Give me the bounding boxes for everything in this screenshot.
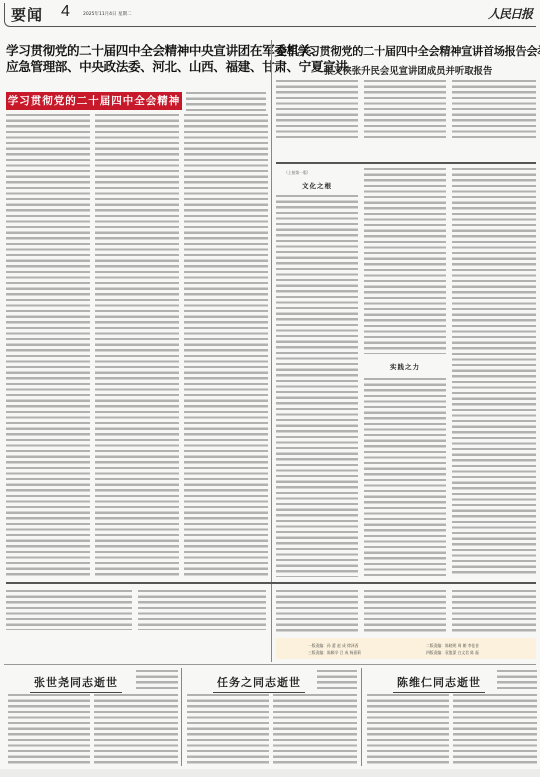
text-block bbox=[95, 114, 179, 576]
text-block bbox=[184, 114, 268, 576]
newspaper-page: 要闻 4 2025年11月4日 星期二 人民日报 学习贯彻党的二十届四中全会精神… bbox=[0, 0, 540, 777]
editors-row-1-left: 一版责编：孙 蕾 赵 成 徐泽西 bbox=[308, 643, 358, 649]
feature-column-2-top bbox=[364, 168, 446, 354]
text-block bbox=[317, 670, 357, 692]
page-bottom-margin bbox=[0, 769, 540, 777]
obituary-text bbox=[187, 694, 269, 766]
text-block bbox=[276, 195, 358, 577]
obituary-zhang-shiyao: 张世尧同志逝世 bbox=[4, 666, 180, 769]
obituary-title: 任务之同志逝世 bbox=[213, 674, 305, 693]
obituary-text bbox=[273, 694, 357, 766]
page-masthead: 要闻 4 2025年11月4日 星期二 人民日报 bbox=[4, 3, 536, 27]
text-block bbox=[452, 168, 536, 577]
right-article-column-1 bbox=[276, 80, 358, 140]
editors-row-2-left: 三版责编：陈颖辛 吕 成 杨嘉莉 bbox=[308, 650, 361, 656]
left-article-column-2 bbox=[95, 114, 179, 576]
section-divider bbox=[276, 162, 536, 164]
column-banner: 学习贯彻党的二十届四中全会精神 bbox=[6, 92, 182, 110]
section-divider bbox=[6, 582, 536, 584]
bottom-strip-column-2 bbox=[138, 590, 266, 630]
section-title: 要闻 bbox=[11, 4, 43, 25]
text-block bbox=[6, 590, 132, 630]
text-block bbox=[273, 694, 357, 766]
obituary-text bbox=[317, 670, 357, 692]
left-article-column-1 bbox=[6, 114, 90, 576]
text-block bbox=[6, 114, 90, 576]
right-article-headline: 全军学习贯彻党的二十届四中全会精神宣讲首场报告会举行 bbox=[276, 44, 536, 60]
issue-date: 2025年11月4日 星期二 bbox=[83, 11, 131, 17]
text-block bbox=[364, 80, 446, 140]
bottom-strip-column-5 bbox=[452, 590, 536, 632]
text-block bbox=[276, 80, 358, 140]
editors-box: 一版责编：孙 蕾 赵 成 徐泽西 二版责编：陈晓明 周 朝 李佳音 三版责编：陈… bbox=[276, 638, 536, 659]
right-article-column-3 bbox=[452, 80, 536, 140]
subhead-culture-root: 文化之根 bbox=[276, 181, 358, 190]
editors-row-1-right: 二版责编：陈晓明 周 朝 李佳音 bbox=[426, 643, 479, 649]
bottom-strip-column-1 bbox=[6, 590, 132, 630]
column-divider bbox=[271, 590, 272, 662]
feature-column-2-bottom bbox=[364, 378, 446, 577]
continued-note: （上接第一版） bbox=[284, 170, 311, 176]
headline-line-1: 学习贯彻党的二十届四中全会精神中央宣讲团在军委机关、 bbox=[6, 43, 268, 59]
text-block bbox=[186, 92, 266, 112]
text-block bbox=[364, 378, 446, 577]
obituary-text bbox=[453, 694, 537, 766]
obituary-ren-wuzhi: 任务之同志逝世 bbox=[183, 666, 359, 769]
text-block bbox=[497, 670, 537, 692]
text-block bbox=[138, 590, 266, 630]
column-divider bbox=[271, 40, 272, 612]
feature-column-3 bbox=[452, 168, 536, 577]
text-block bbox=[187, 694, 269, 766]
left-article-column-3 bbox=[184, 114, 268, 576]
text-block bbox=[136, 670, 178, 692]
obituary-text bbox=[497, 670, 537, 692]
right-article-column-2 bbox=[364, 80, 446, 140]
section-divider bbox=[4, 664, 536, 665]
obituary-text bbox=[8, 694, 90, 766]
newspaper-logo: 人民日报 bbox=[488, 5, 532, 22]
text-block bbox=[453, 694, 537, 766]
column-divider bbox=[361, 668, 362, 766]
text-block bbox=[364, 168, 446, 354]
column-divider bbox=[181, 668, 182, 766]
page-number: 4 bbox=[61, 3, 70, 21]
text-block bbox=[452, 80, 536, 140]
right-article-subheadline: 张又侠张升民会见宣讲团成员并听取报告 bbox=[290, 63, 526, 77]
headline-line-2: 应急管理部、中央政法委、河北、山西、福建、甘肃、宁夏宣讲 bbox=[6, 59, 268, 75]
obituary-title: 陈维仁同志逝世 bbox=[393, 674, 485, 693]
text-block bbox=[367, 694, 449, 766]
bottom-strip-column-3 bbox=[276, 590, 358, 632]
obituary-text bbox=[136, 670, 178, 692]
text-block bbox=[8, 694, 90, 766]
feature-column-1 bbox=[276, 195, 358, 577]
editors-row-2-right: 四版责编：袁俊蒙 白文君 陈 磊 bbox=[426, 650, 479, 656]
bottom-strip-column-4 bbox=[364, 590, 446, 632]
text-block bbox=[276, 590, 358, 632]
left-article-intro bbox=[186, 92, 266, 112]
obituary-text bbox=[367, 694, 449, 766]
text-block bbox=[364, 590, 446, 632]
subhead-practice-power: 实践之力 bbox=[364, 362, 446, 371]
obituary-text bbox=[94, 694, 178, 766]
obituary-chen-weiren: 陈维仁同志逝世 bbox=[363, 666, 538, 769]
text-block bbox=[452, 590, 536, 632]
obituary-title: 张世尧同志逝世 bbox=[30, 674, 122, 693]
left-article-headline: 学习贯彻党的二十届四中全会精神中央宣讲团在军委机关、 应急管理部、中央政法委、河… bbox=[6, 43, 268, 75]
text-block bbox=[94, 694, 178, 766]
